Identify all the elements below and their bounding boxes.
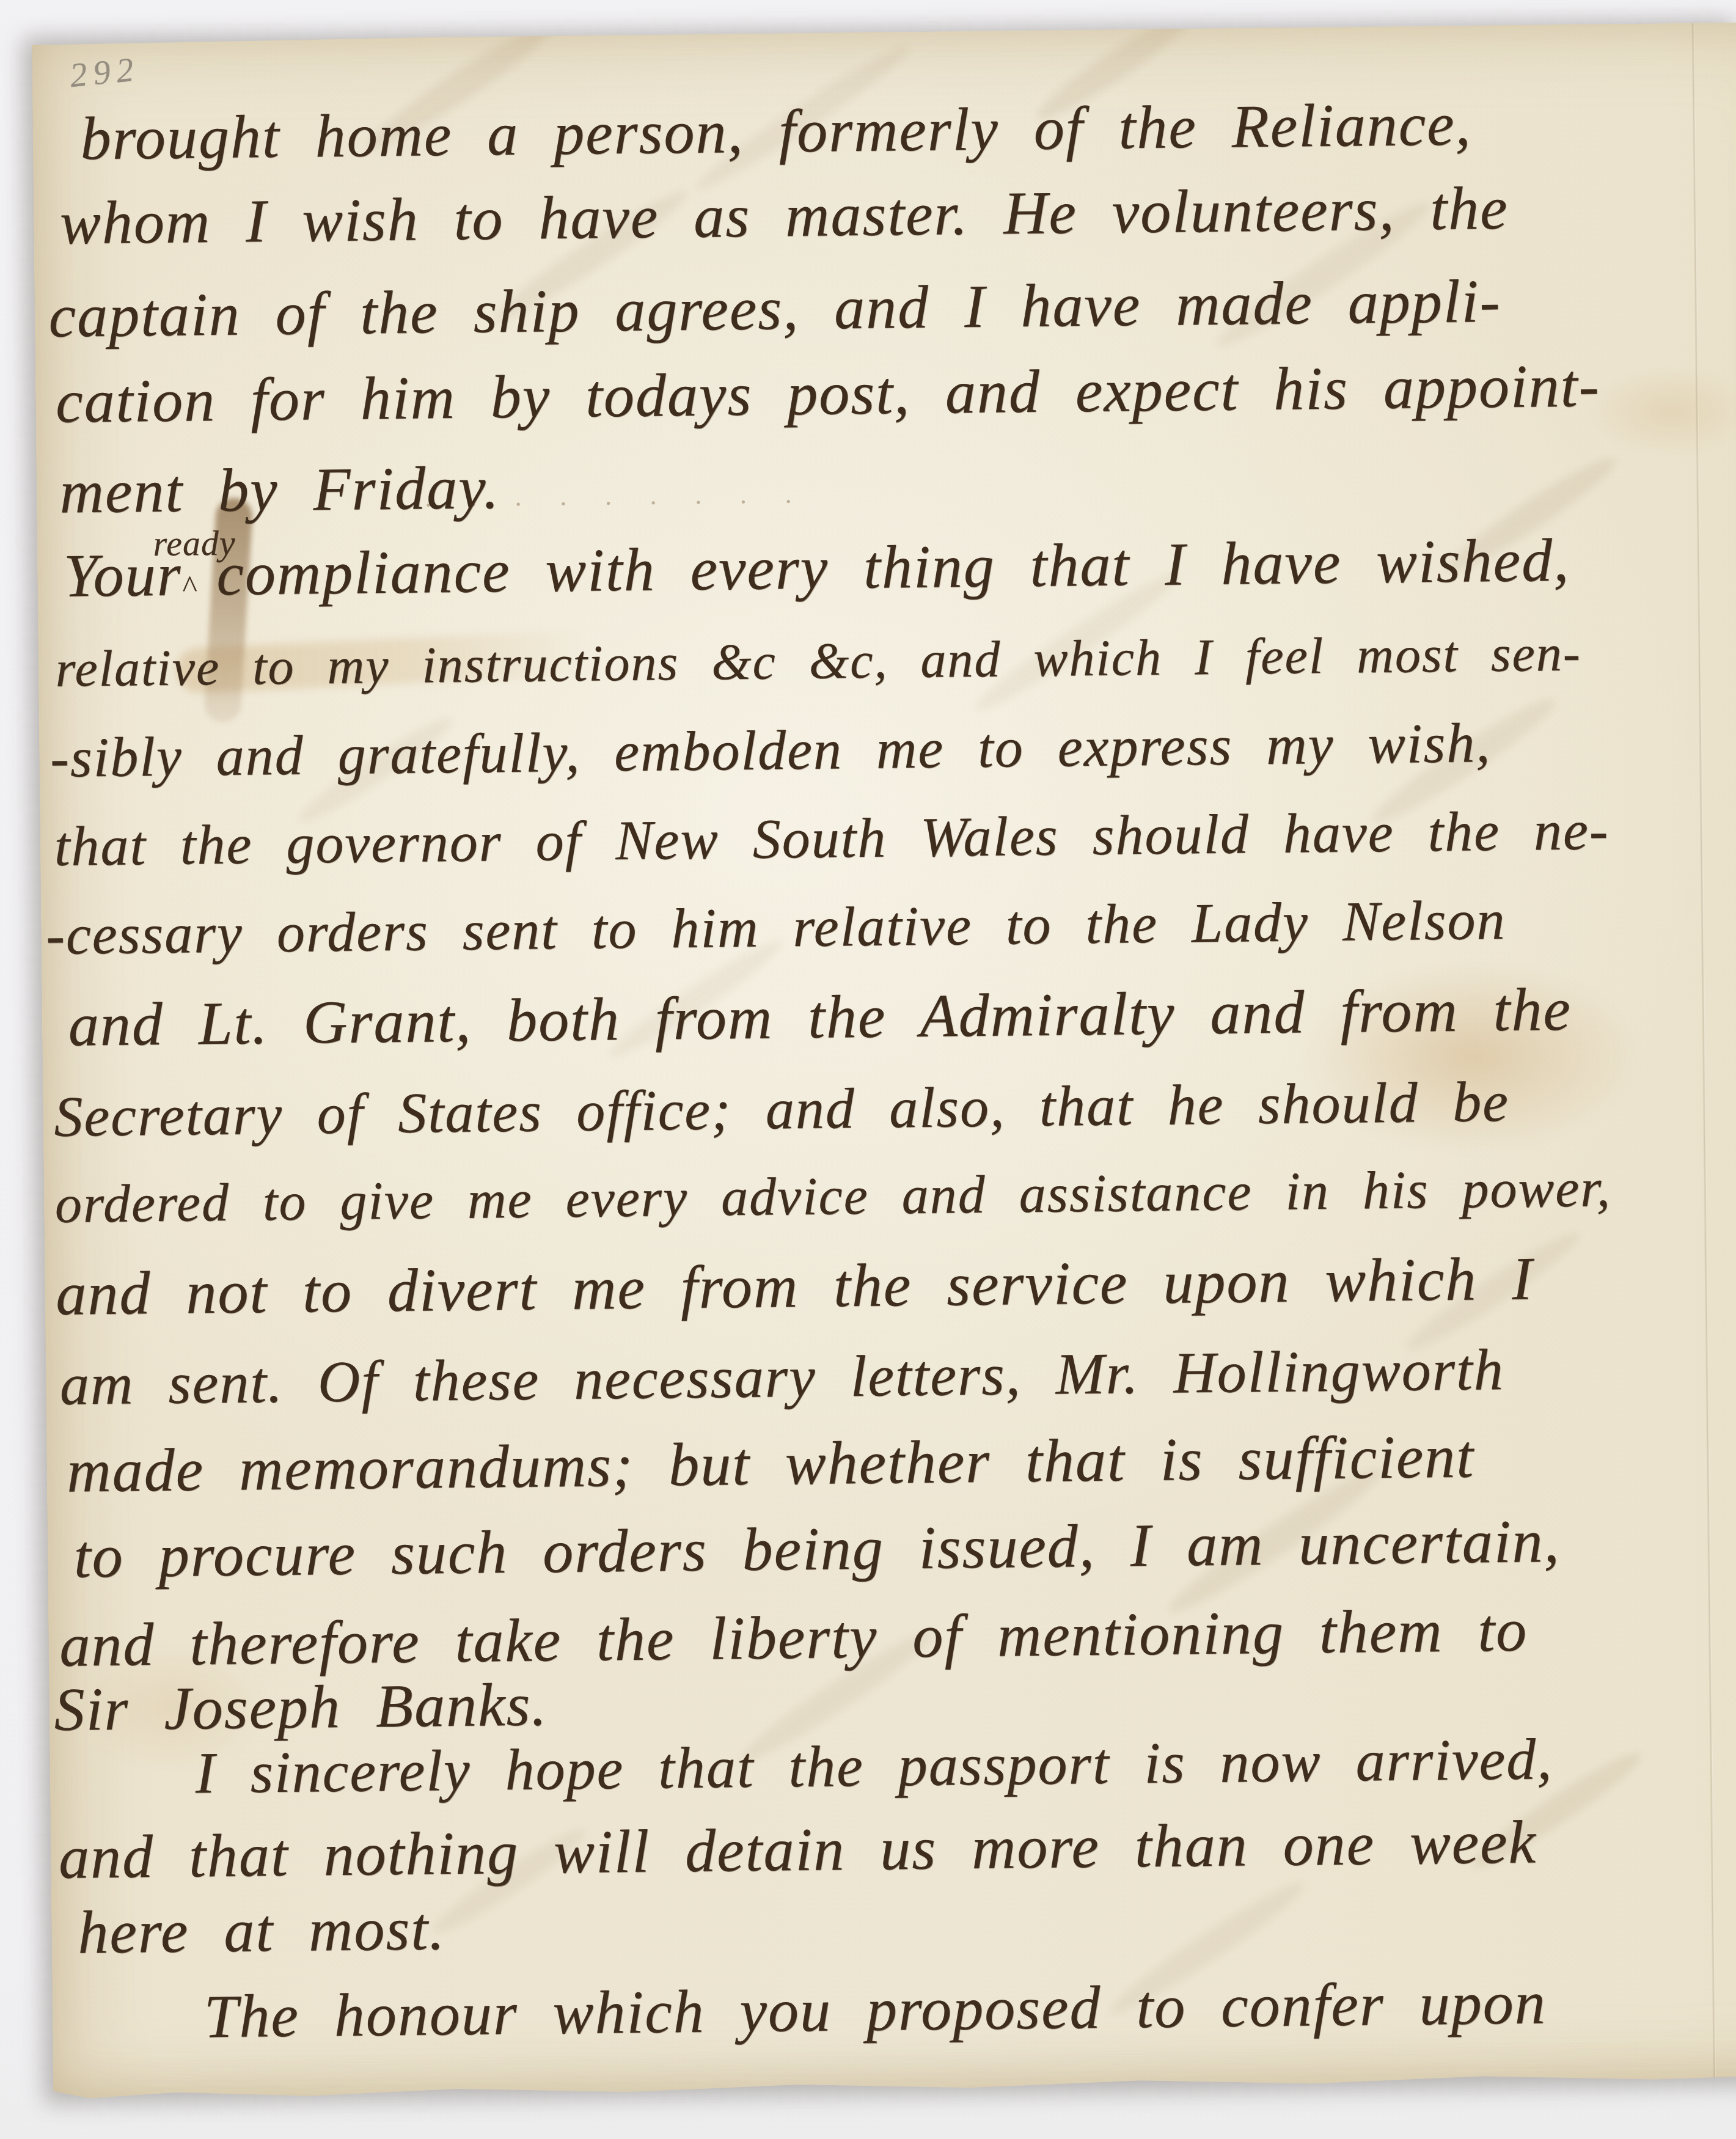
manuscript-line: whom I wish to have as master. He volunt… xyxy=(60,178,1509,254)
manuscript-line: that the governor of New South Wales sho… xyxy=(54,802,1610,875)
manuscript-line: and not to divert me from the service up… xyxy=(56,1248,1534,1324)
manuscript-line: -cessary orders sent to him relative to … xyxy=(46,892,1506,963)
manuscript-line: and therefore take the liberty of mentio… xyxy=(59,1600,1528,1676)
manuscript-line: brought home a person, formerly of the R… xyxy=(80,94,1472,169)
manuscript-line: ment by Friday. xyxy=(59,457,500,523)
manuscript-line: made memorandums; but whether that is su… xyxy=(67,1426,1475,1502)
pencil-folio-number: 292 xyxy=(68,50,142,95)
manuscript-line: relative to my instructions &c &c, and w… xyxy=(55,628,1581,695)
manuscript-line: I sincerely hope that the passport is no… xyxy=(195,1730,1553,1802)
manuscript-line: The honour which you proposed to confer … xyxy=(203,1972,1547,2047)
manuscript-line: here at most. xyxy=(78,1898,446,1963)
manuscript-line: ordered to give me every advice and assi… xyxy=(54,1162,1611,1232)
scanned-letter-image: 292 ready ^ · · · · · · · · · · brought … xyxy=(0,0,1736,2139)
manuscript-line: and Lt. Grant, both from the Admiralty a… xyxy=(68,979,1572,1056)
manuscript-line: Sir Joseph Banks. xyxy=(54,1674,548,1740)
manuscript-line: Your compliance with every thing that I … xyxy=(64,530,1570,607)
letter-page: 292 ready ^ · · · · · · · · · · brought … xyxy=(32,22,1736,2101)
manuscript-line: and that nothing will detain us more tha… xyxy=(59,1811,1537,1888)
manuscript-line: cation for him by todays post, and expec… xyxy=(56,355,1601,432)
manuscript-line: captain of the ship agrees, and I have m… xyxy=(48,271,1501,347)
manuscript-line: am sent. Of these necessary letters, Mr.… xyxy=(60,1340,1505,1414)
fold-crease xyxy=(1691,23,1716,2083)
manuscript-line: Secretary of States office; and also, th… xyxy=(54,1073,1509,1146)
manuscript-line: to procure such orders being issued, I a… xyxy=(73,1511,1561,1587)
foxing-stain xyxy=(1588,365,1736,458)
manuscript-line: -sibly and gratefully, embolden me to ex… xyxy=(50,714,1492,786)
